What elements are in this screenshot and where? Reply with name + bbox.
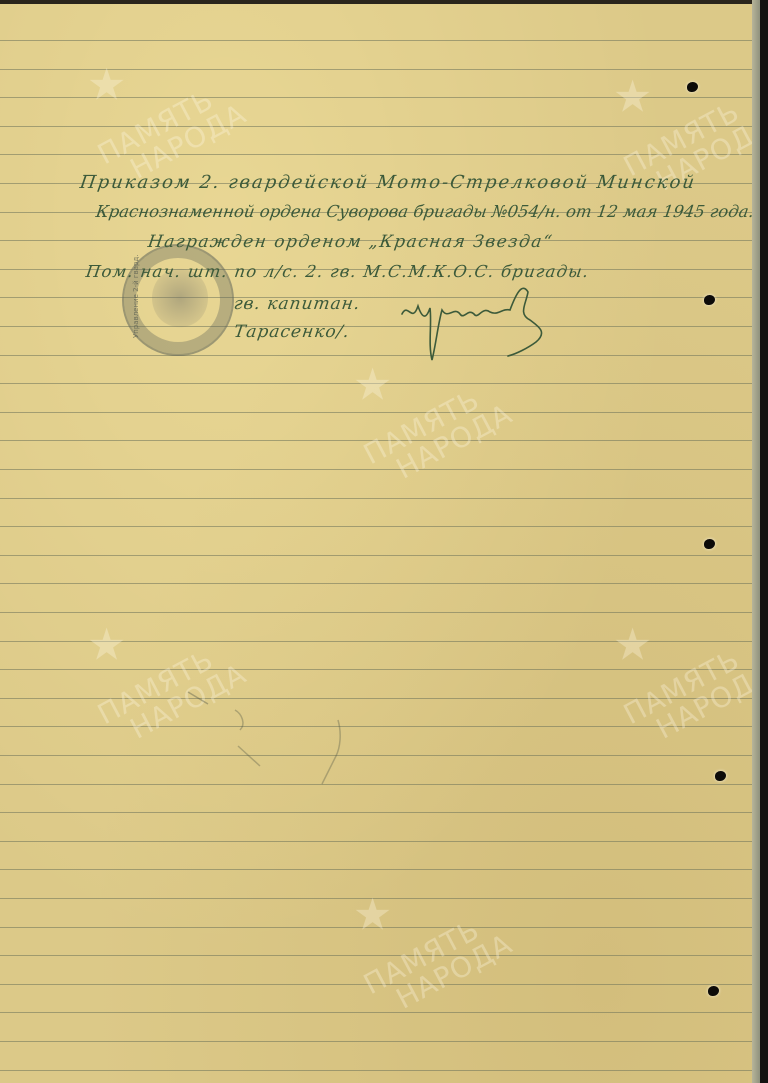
ruled-line xyxy=(0,326,752,327)
ruled-line xyxy=(0,297,752,298)
ruled-line xyxy=(0,383,752,384)
punch-hole xyxy=(704,295,715,305)
handwritten-line-2: Краснознаменной ордена Суворова бригады … xyxy=(95,202,752,221)
page-edge-strip xyxy=(752,0,760,1083)
ruled-line xyxy=(0,955,752,956)
scan-background-edge xyxy=(760,0,768,1083)
ruled-line xyxy=(0,927,752,928)
ruled-line xyxy=(0,526,752,527)
document-page: ★ ПАМЯТЬ НАРОДА ★ ПАМЯТЬ НАРОДА ★ ПАМЯТЬ… xyxy=(0,4,752,1083)
ruled-line xyxy=(0,669,752,670)
ruled-line xyxy=(0,97,752,98)
ruled-line xyxy=(0,583,752,584)
ruled-line xyxy=(0,40,752,41)
punch-hole xyxy=(687,82,698,92)
star-icon: ★ xyxy=(87,623,221,667)
ruled-line xyxy=(0,612,752,613)
ruled-line xyxy=(0,154,752,155)
star-icon: ★ xyxy=(353,363,487,407)
ruled-line xyxy=(0,69,752,70)
handwritten-line-4: Пом. нач. шт. по л/с. 2. гв. М.С.М.К.О.С… xyxy=(85,262,591,281)
watermark-top-left: ★ ПАМЯТЬ НАРОДА xyxy=(72,34,251,194)
punch-hole xyxy=(704,539,715,549)
punch-hole xyxy=(708,986,719,996)
ruled-line xyxy=(0,469,752,470)
official-stamp: Управление 2-й гвард. xyxy=(122,244,234,356)
watermark-bottom-center: ★ ПАМЯТЬ НАРОДА xyxy=(338,864,517,1024)
ruled-line xyxy=(0,440,752,441)
ruled-line xyxy=(0,869,752,870)
star-icon: ★ xyxy=(613,623,747,667)
handwritten-line-6: Тарасенко/. xyxy=(233,322,352,342)
handwritten-line-3: Награжден орденом „Красная Звезда“ xyxy=(147,232,555,252)
ruled-line xyxy=(0,898,752,899)
handwritten-line-1: Приказом 2. гвардейской Мото-Стрелковой … xyxy=(79,172,698,193)
signature-scribble-icon xyxy=(398,284,558,364)
ruled-line xyxy=(0,1012,752,1013)
ruled-line xyxy=(0,412,752,413)
handwritten-line-5: гв. капитан. xyxy=(233,294,362,314)
ruled-line xyxy=(0,498,752,499)
ruled-line xyxy=(0,1041,752,1042)
punch-hole xyxy=(715,771,726,781)
ruled-line xyxy=(0,641,752,642)
ruled-line xyxy=(0,126,752,127)
ruled-line xyxy=(0,355,752,356)
ruled-line xyxy=(0,841,752,842)
ruled-line xyxy=(0,555,752,556)
watermark-middle-right: ★ ПАМЯТЬ НАРОДА xyxy=(598,594,752,754)
ruled-line xyxy=(0,1070,752,1071)
ruled-line xyxy=(0,984,752,985)
signature xyxy=(398,284,558,364)
ruled-line xyxy=(0,812,752,813)
pencil-marks xyxy=(180,684,380,794)
star-icon: ★ xyxy=(353,893,487,937)
